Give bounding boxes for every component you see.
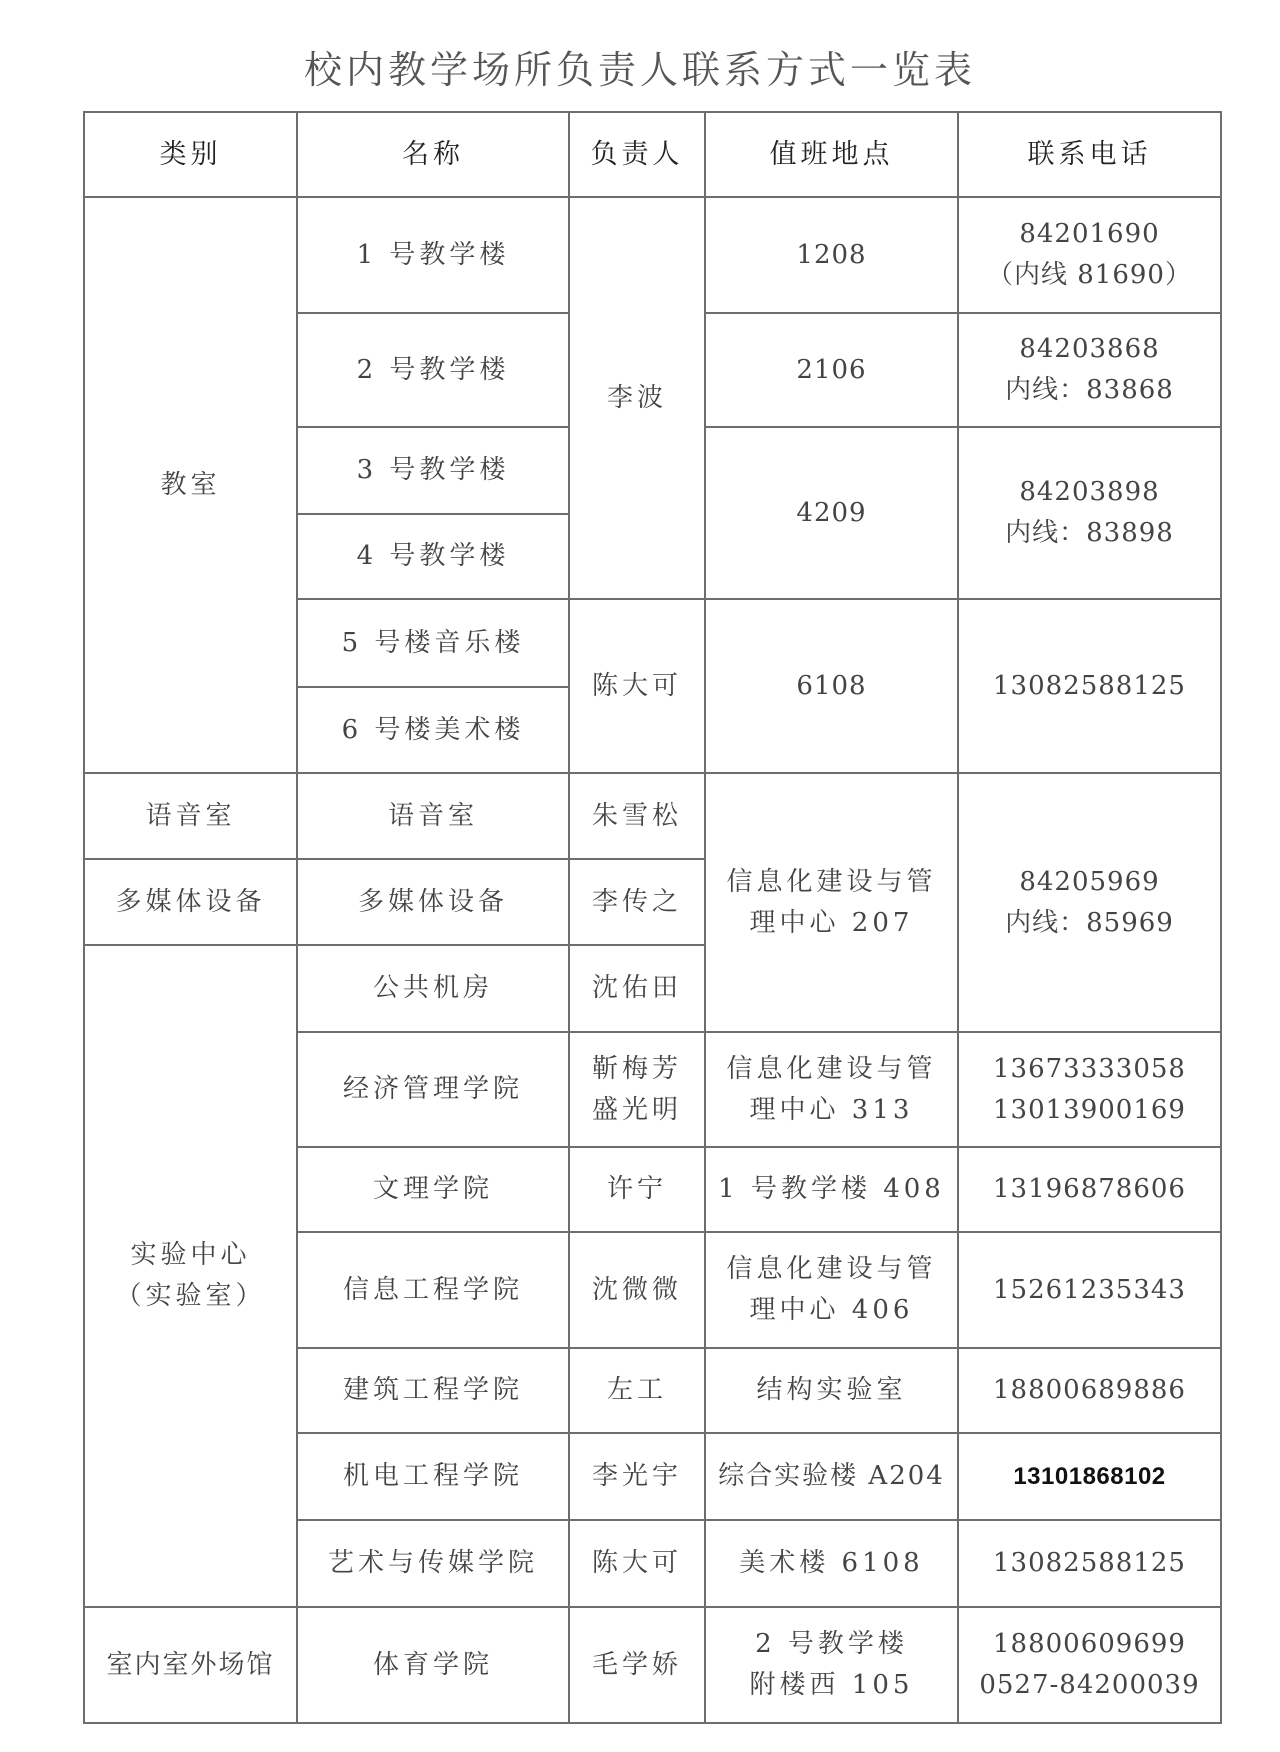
person-cell: 沈微微 [569, 1232, 705, 1348]
name-cell: 5 号楼音乐楼 [297, 599, 569, 687]
header-person: 负责人 [569, 112, 705, 197]
name-cell: 4 号教学楼 [297, 514, 569, 599]
page-title: 校内教学场所负责人联系方式一览表 [0, 42, 1280, 98]
header-location: 值班地点 [705, 112, 958, 197]
category-cell: 语音室 [84, 773, 297, 859]
name-cell: 机电工程学院 [297, 1433, 569, 1520]
name-cell: 文理学院 [297, 1147, 569, 1232]
phone-line: 84205969 [963, 862, 1216, 903]
category-cell: 多媒体设备 [84, 859, 297, 945]
name-cell: 经济管理学院 [297, 1032, 569, 1147]
location-cell: 信息化建设与管 理中心 313 [705, 1032, 958, 1147]
phone-line: 内线：83868 [963, 370, 1216, 411]
name-cell: 6 号楼美术楼 [297, 687, 569, 773]
name-cell: 1 号教学楼 [297, 197, 569, 313]
location-line: 2 号教学楼 [710, 1624, 953, 1665]
location-line: 信息化建设与管 [710, 1249, 953, 1290]
name-cell: 公共机房 [297, 945, 569, 1032]
phone-line: 13673333058 [963, 1049, 1216, 1090]
phone-cell: 84203898 内线：83898 [958, 427, 1221, 599]
phone-cell: 13673333058 13013900169 [958, 1032, 1221, 1147]
category-line: 实验中心 [89, 1235, 292, 1276]
phone-line: 内线：83898 [963, 513, 1216, 554]
person-line: 靳梅芳 [574, 1049, 700, 1090]
location-cell: 6108 [705, 599, 958, 773]
location-line: 理中心 406 [710, 1290, 953, 1331]
person-line: 盛光明 [574, 1090, 700, 1131]
name-cell: 信息工程学院 [297, 1232, 569, 1348]
name-cell: 2 号教学楼 [297, 313, 569, 427]
name-cell: 3 号教学楼 [297, 427, 569, 514]
phone-line: 18800609699 [963, 1624, 1216, 1665]
name-cell: 艺术与传媒学院 [297, 1520, 569, 1607]
person-cell: 沈佑田 [569, 945, 705, 1032]
name-cell: 体育学院 [297, 1607, 569, 1723]
phone-cell: 84201690 （内线 81690） [958, 197, 1221, 313]
phone-cell: 13196878606 [958, 1147, 1221, 1232]
location-cell: 2 号教学楼 附楼西 105 [705, 1607, 958, 1723]
location-cell: 1 号教学楼 408 [705, 1147, 958, 1232]
category-cell: 实验中心 （实验室） [84, 945, 297, 1607]
location-line: 信息化建设与管 [710, 862, 953, 903]
location-line: 理中心 207 [710, 903, 953, 944]
phone-line: （内线 81690） [963, 255, 1216, 296]
phone-cell: 18800609699 0527-84200039 [958, 1607, 1221, 1723]
location-cell: 信息化建设与管 理中心 207 [705, 773, 958, 1032]
location-cell: 信息化建设与管 理中心 406 [705, 1232, 958, 1348]
phone-line: 84203898 [963, 472, 1216, 513]
name-cell: 语音室 [297, 773, 569, 859]
person-cell: 毛学娇 [569, 1607, 705, 1723]
location-cell: 结构实验室 [705, 1348, 958, 1433]
person-cell: 李光宇 [569, 1433, 705, 1520]
person-cell: 朱雪松 [569, 773, 705, 859]
table-row: 教室 1 号教学楼 李波 1208 84201690 （内线 81690） [84, 197, 1221, 313]
location-cell: 综合实验楼 A204 [705, 1433, 958, 1520]
location-cell: 2106 [705, 313, 958, 427]
phone-cell: 15261235343 [958, 1232, 1221, 1348]
table-row: 语音室 语音室 朱雪松 信息化建设与管 理中心 207 84205969 内线：… [84, 773, 1221, 859]
name-cell: 多媒体设备 [297, 859, 569, 945]
person-cell: 陈大可 [569, 599, 705, 773]
name-cell: 建筑工程学院 [297, 1348, 569, 1433]
person-cell: 陈大可 [569, 1520, 705, 1607]
person-cell: 靳梅芳 盛光明 [569, 1032, 705, 1147]
table-row: 室内室外场馆 体育学院 毛学娇 2 号教学楼 附楼西 105 188006096… [84, 1607, 1221, 1723]
contact-table: 类别 名称 负责人 值班地点 联系电话 教室 1 号教学楼 李波 1208 84… [83, 111, 1222, 1724]
phone-line: 13013900169 [963, 1090, 1216, 1131]
location-line: 信息化建设与管 [710, 1049, 953, 1090]
location-cell: 4209 [705, 427, 958, 599]
person-cell: 李波 [569, 197, 705, 599]
location-cell: 美术楼 6108 [705, 1520, 958, 1607]
table-header-row: 类别 名称 负责人 值班地点 联系电话 [84, 112, 1221, 197]
person-cell: 左工 [569, 1348, 705, 1433]
header-phone: 联系电话 [958, 112, 1221, 197]
person-cell: 许宁 [569, 1147, 705, 1232]
header-name: 名称 [297, 112, 569, 197]
category-cell: 室内室外场馆 [84, 1607, 297, 1723]
person-cell: 李传之 [569, 859, 705, 945]
location-line: 理中心 313 [710, 1090, 953, 1131]
phone-cell: 18800689886 [958, 1348, 1221, 1433]
phone-line: 84201690 [963, 214, 1216, 255]
category-line: （实验室） [89, 1276, 292, 1317]
phone-cell: 84205969 内线：85969 [958, 773, 1221, 1032]
location-cell: 1208 [705, 197, 958, 313]
phone-cell: 13101868102 [958, 1433, 1221, 1520]
header-category: 类别 [84, 112, 297, 197]
category-cell: 教室 [84, 197, 297, 773]
phone-cell: 13082588125 [958, 1520, 1221, 1607]
phone-line: 84203868 [963, 329, 1216, 370]
phone-cell: 84203868 内线：83868 [958, 313, 1221, 427]
phone-cell: 13082588125 [958, 599, 1221, 773]
phone-line: 内线：85969 [963, 903, 1216, 944]
location-line: 附楼西 105 [710, 1665, 953, 1706]
phone-line: 0527-84200039 [963, 1665, 1216, 1706]
